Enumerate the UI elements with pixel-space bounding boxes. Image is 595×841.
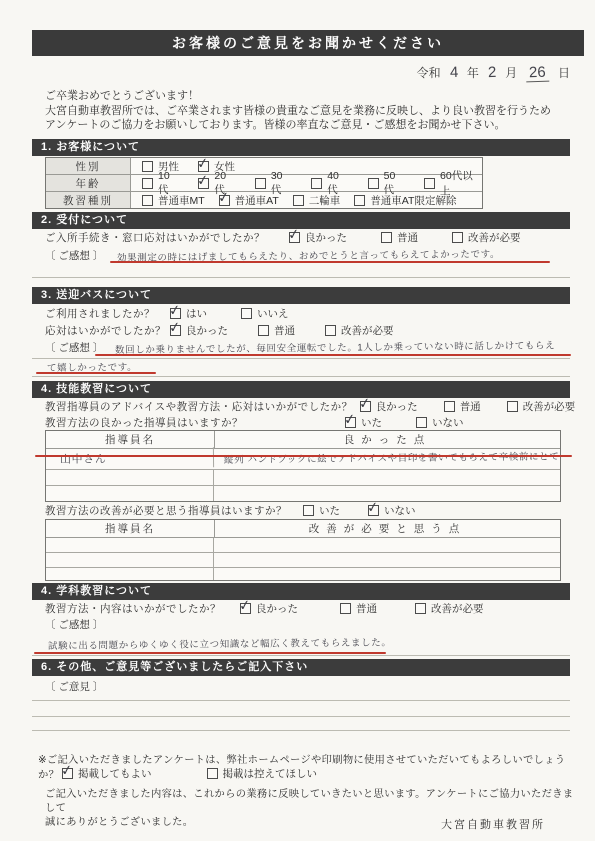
question-label: 教習指導員のアドバイスや教習方法・応対はいかがでしたか？ bbox=[45, 399, 353, 414]
bus-used-question-row: ご利用されましたか？ はい いいえ bbox=[45, 306, 289, 321]
column-header-name: 指導員名 bbox=[46, 431, 215, 448]
option-label: 改善が必要 bbox=[341, 323, 394, 338]
checkbox-icon[interactable] bbox=[142, 161, 153, 172]
checkbox-icon[interactable] bbox=[424, 178, 435, 189]
checkbox-icon[interactable] bbox=[293, 195, 304, 206]
checkbox-reception-normal[interactable]: 普通 bbox=[381, 230, 418, 245]
ruled-line bbox=[32, 716, 570, 717]
checkbox-icon[interactable] bbox=[360, 401, 371, 412]
instructor-name-cell bbox=[46, 486, 214, 501]
checkbox-academic-normal[interactable]: 普通 bbox=[340, 601, 377, 616]
checkbox-icon[interactable] bbox=[240, 603, 251, 614]
date-day-unit: 日 bbox=[558, 64, 570, 81]
table-row bbox=[46, 486, 560, 501]
option-label: いない bbox=[432, 415, 464, 430]
table-row bbox=[46, 470, 560, 486]
option-label: 掲載してもよい bbox=[78, 766, 152, 781]
instructor-name-cell bbox=[46, 568, 214, 580]
instructor-name-cell bbox=[46, 470, 214, 485]
checkbox-instructor-present[interactable]: いた bbox=[345, 415, 382, 430]
option-label: 普通 bbox=[397, 230, 418, 245]
column-header-point: 改善が必要と思う点 bbox=[215, 520, 560, 537]
option-label: 二輪車 bbox=[309, 193, 341, 208]
table-row-age: 年齢 10代 20代 30代 40代 50代 60代以上 bbox=[46, 175, 482, 192]
checkbox-at-limit-release[interactable]: 普通車AT限定解除 bbox=[354, 193, 456, 208]
section1-header: 1. お客様について bbox=[32, 139, 570, 156]
option-label: 改善が必要 bbox=[523, 399, 576, 414]
option-label: 普通 bbox=[274, 323, 295, 338]
checkbox-icon[interactable] bbox=[325, 325, 336, 336]
checkbox-icon[interactable] bbox=[368, 178, 379, 189]
section3-header: 3. 送迎バスについて bbox=[32, 287, 570, 304]
option-label: 改善が必要 bbox=[431, 601, 484, 616]
checkbox-skill-good[interactable]: 良かった bbox=[360, 399, 418, 414]
checkbox-improve-present[interactable]: いた bbox=[303, 503, 340, 518]
question-label: 教習方法の改善が必要と思う指導員はいますか？ bbox=[45, 503, 287, 518]
option-label: 良かった bbox=[186, 323, 228, 338]
checkbox-bus-good[interactable]: 良かった bbox=[170, 323, 228, 338]
checkbox-icon[interactable] bbox=[62, 768, 73, 779]
column-header-name: 指導員名 bbox=[46, 520, 215, 537]
checkbox-icon[interactable] bbox=[345, 417, 356, 428]
option-label: 良かった bbox=[376, 399, 418, 414]
table-row bbox=[46, 553, 560, 568]
checkbox-instructor-absent[interactable]: いない bbox=[416, 415, 464, 430]
checkbox-improve-absent[interactable]: いない bbox=[368, 503, 416, 518]
date-month-value: 2 bbox=[488, 64, 497, 81]
good-instructor-table: 指導員名 良かった点 山中さん 縦列 ハンドブックに絵でアドバイスや目印を書いて… bbox=[45, 430, 561, 502]
age-options: 10代 20代 30代 40代 50代 60代以上 bbox=[131, 175, 482, 191]
row-label-age: 年齢 bbox=[46, 175, 131, 191]
table-row bbox=[46, 568, 560, 580]
checkbox-icon[interactable] bbox=[381, 232, 392, 243]
option-label: 普通車AT bbox=[235, 193, 279, 208]
checkbox-icon[interactable] bbox=[241, 308, 252, 319]
option-label: いない bbox=[384, 503, 416, 518]
question-label: ご入所手続き・窓口応対はいかがでしたか？ bbox=[45, 230, 265, 245]
option-label: いた bbox=[319, 503, 340, 518]
checkbox-icon[interactable] bbox=[255, 178, 266, 189]
option-label: 掲載は控えてほしい bbox=[223, 766, 318, 781]
checkbox-publish-ok[interactable]: 掲載してもよい bbox=[62, 766, 152, 781]
checkbox-icon[interactable] bbox=[452, 232, 463, 243]
question-label: ご利用されましたか？ bbox=[45, 306, 170, 321]
checkbox-icon[interactable] bbox=[354, 195, 365, 206]
ruled-line bbox=[32, 700, 570, 701]
comment-label: 〔 ご感想 〕 bbox=[45, 617, 103, 632]
option-label: いいえ bbox=[257, 306, 289, 321]
table-header-row: 指導員名 改善が必要と思う点 bbox=[46, 520, 560, 538]
comment-label: 〔 ご意見 〕 bbox=[45, 679, 103, 694]
checkbox-icon[interactable] bbox=[507, 401, 518, 412]
option-label: 普通 bbox=[460, 399, 481, 414]
red-underline bbox=[95, 354, 571, 356]
reception-question-row: ご入所手続き・窓口応対はいかがでしたか？ 良かった 普通 改善が必要 bbox=[45, 230, 521, 245]
academic-question-row: 教習方法・内容はいかがでしたか？ 良かった 普通 改善が必要 bbox=[45, 601, 484, 616]
section5-header: 4. 学科教習について bbox=[32, 583, 570, 600]
checkbox-icon[interactable] bbox=[170, 325, 181, 336]
improve-instructor-table: 指導員名 改善が必要と思う点 bbox=[45, 519, 561, 581]
course-options: 普通車MT 普通車AT 二輪車 普通車AT限定解除 bbox=[131, 192, 456, 208]
checkbox-icon[interactable] bbox=[303, 505, 314, 516]
checkbox-icon[interactable] bbox=[258, 325, 269, 336]
checkbox-icon[interactable] bbox=[289, 232, 300, 243]
table-row: 山中さん 縦列 ハンドブックに絵でアドバイスや目印を書いてもらえて卒検前にとても… bbox=[46, 449, 560, 470]
option-label: 良かった bbox=[305, 230, 347, 245]
school-signature: 大宮自動車教習所 bbox=[45, 816, 545, 832]
checkbox-car-at[interactable]: 普通車AT bbox=[219, 193, 279, 208]
checkbox-icon[interactable] bbox=[415, 603, 426, 614]
intro-line-1: ご卒業おめでとうございます！ bbox=[45, 89, 577, 104]
option-label: はい bbox=[186, 306, 207, 321]
section6-header: 6. その他、ご意見等ございましたらご記入下さい bbox=[32, 659, 570, 676]
checkbox-academic-improve[interactable]: 改善が必要 bbox=[415, 601, 484, 616]
checkbox-car-mt[interactable]: 普通車MT bbox=[142, 193, 205, 208]
ruled-line bbox=[32, 730, 570, 731]
column-header-point: 良かった点 bbox=[215, 431, 560, 448]
intro-text: ご卒業おめでとうございます！ 大宮自動車教習所では、ご卒業されます皆様の貴重なご… bbox=[45, 89, 577, 133]
section2-header: 2. 受付について bbox=[32, 212, 570, 229]
checkbox-icon[interactable] bbox=[198, 161, 209, 172]
intro-line-2: 大宮自動車教習所では、ご卒業されます皆様の貴重なご意見を業務に反映し、より良い教… bbox=[45, 104, 577, 119]
ruled-line bbox=[32, 655, 570, 656]
checkbox-bus-no[interactable]: いいえ bbox=[241, 306, 289, 321]
option-label: 普通車AT限定解除 bbox=[370, 193, 456, 208]
instructor-name-cell bbox=[46, 538, 214, 552]
ruled-line bbox=[32, 277, 570, 278]
question-label: 教習方法・内容はいかがでしたか？ bbox=[45, 601, 240, 616]
bus-service-question-row: 応対はいかがでしたか？ 良かった 普通 改善が必要 bbox=[45, 323, 394, 338]
date-year-unit: 年 bbox=[467, 64, 479, 81]
date-month-unit: 月 bbox=[505, 64, 517, 81]
section4-header: 4. 技能教習について bbox=[32, 381, 570, 398]
instructor-advice-question-row: 教習指導員のアドバイスや教習方法・応対はいかがでしたか？ 良かった 普通 改善が… bbox=[45, 399, 575, 414]
instructor-name-cell bbox=[46, 553, 214, 567]
question-label: 応対はいかがでしたか？ bbox=[45, 323, 170, 338]
checkbox-bus-improve[interactable]: 改善が必要 bbox=[325, 323, 394, 338]
page-title: お客様のご意見をお聞かせください bbox=[32, 30, 584, 56]
date-era-label: 令和 bbox=[417, 64, 441, 81]
handwritten-comment: 試験に出る問題からゆくゆく役に立つ知識など幅広く教えてもらえました。 bbox=[48, 634, 392, 652]
checkbox-academic-good[interactable]: 良かった bbox=[240, 601, 298, 616]
checkbox-skill-improve[interactable]: 改善が必要 bbox=[507, 399, 576, 414]
row-label-course: 教習種別 bbox=[46, 192, 131, 208]
table-row-course: 教習種別 普通車MT 普通車AT 二輪車 普通車AT限定解除 bbox=[46, 192, 482, 208]
thanks-line-1: ご記入いただきました内容は、これからの業務に反映していきたいと思います。アンケー… bbox=[45, 788, 577, 816]
date-year-value: 4 bbox=[449, 64, 458, 81]
red-underline bbox=[36, 372, 156, 374]
checkbox-icon[interactable] bbox=[416, 417, 427, 428]
comment-label: 〔 ご感想 〕 bbox=[45, 248, 103, 263]
question-label: 教習方法の良かった指導員はいますか？ bbox=[45, 415, 345, 430]
questionnaire-page: お客様のご意見をお聞かせください 令和 4 年 2 月 26 日 ご卒業おめでと… bbox=[0, 0, 595, 841]
checkbox-icon[interactable] bbox=[340, 603, 351, 614]
checkbox-reception-improve[interactable]: 改善が必要 bbox=[452, 230, 521, 245]
customer-info-table: 性別 男性 女性 年齢 10代 20代 30代 40代 50代 60代以上 教習… bbox=[45, 157, 483, 209]
checkbox-icon[interactable] bbox=[198, 178, 209, 189]
intro-line-3: アンケートのご協力をお願いしております。皆様の率直なご意見・ご感想をお聞かせ下さ… bbox=[45, 118, 577, 133]
checkbox-icon[interactable] bbox=[368, 505, 379, 516]
table-header-row: 指導員名 良かった点 bbox=[46, 431, 560, 449]
option-label: 普通 bbox=[356, 601, 377, 616]
checkbox-icon[interactable] bbox=[142, 178, 153, 189]
option-label: いた bbox=[361, 415, 382, 430]
checkbox-reception-good[interactable]: 良かった bbox=[289, 230, 347, 245]
checkbox-skill-normal[interactable]: 普通 bbox=[444, 399, 481, 414]
date-line: 令和 4 年 2 月 26 日 bbox=[300, 64, 570, 82]
checkbox-icon[interactable] bbox=[142, 195, 153, 206]
option-label: 良かった bbox=[256, 601, 298, 616]
comment-label: 〔 ご感想 〕 bbox=[45, 340, 103, 355]
checkbox-icon[interactable] bbox=[207, 768, 218, 779]
ruled-line bbox=[32, 376, 570, 377]
checkbox-motorcycle[interactable]: 二輪車 bbox=[293, 193, 341, 208]
row-label-gender: 性別 bbox=[46, 158, 131, 174]
table-row bbox=[46, 538, 560, 553]
option-label: 改善が必要 bbox=[468, 230, 521, 245]
improve-instructor-question-row: 教習方法の改善が必要と思う指導員はいますか？ いた いない bbox=[45, 503, 416, 518]
instructor-name-cell: 山中さん bbox=[46, 447, 214, 469]
option-label: 普通車MT bbox=[158, 193, 205, 208]
checkbox-bus-normal[interactable]: 普通 bbox=[258, 323, 295, 338]
checkbox-icon[interactable] bbox=[219, 195, 230, 206]
publish-options-row: 掲載してもよい 掲載は控えてほしい bbox=[62, 766, 317, 781]
date-day-value: 26 bbox=[526, 64, 549, 83]
good-instructor-question-row: 教習方法の良かった指導員はいますか？ いた いない bbox=[45, 415, 464, 430]
good-point-cell: 縦列 ハンドブックに絵でアドバイスや目印を書いてもらえて卒検前にとてもたすかりま… bbox=[214, 448, 560, 466]
checkbox-publish-no[interactable]: 掲載は控えてほしい bbox=[207, 766, 318, 781]
checkbox-icon[interactable] bbox=[444, 401, 455, 412]
checkbox-icon[interactable] bbox=[311, 178, 322, 189]
